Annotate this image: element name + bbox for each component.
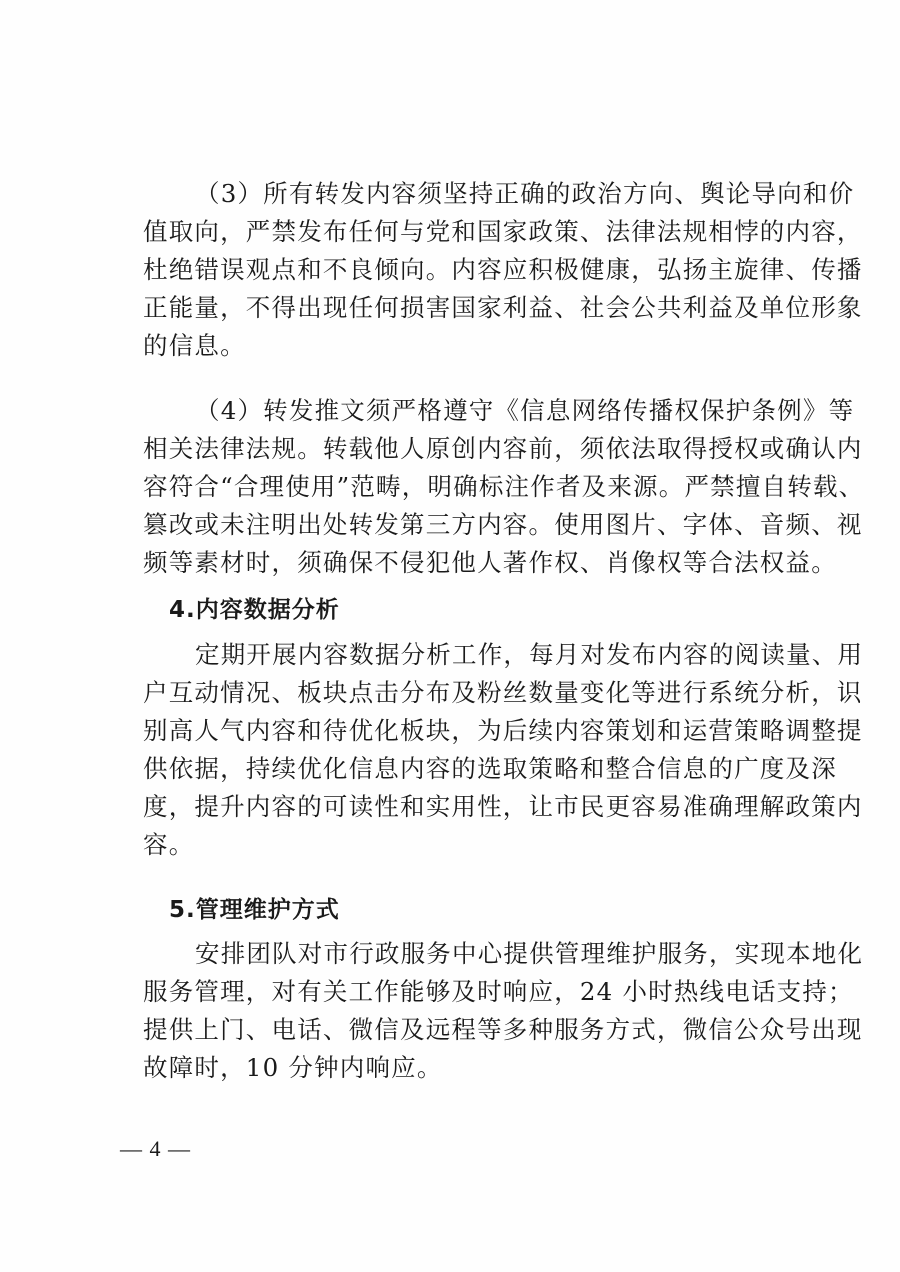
text-line: 频等素材时，须确保不侵犯他人著作权、肖像权等合法权益。 bbox=[143, 544, 803, 582]
text-line: 杜绝错误观点和不良倾向。内容应积极健康，弘扬主旋律、传播 bbox=[143, 251, 803, 289]
text-line: 值取向，严禁发布任何与党和国家政策、法律法规相悖的内容， bbox=[143, 213, 803, 251]
text-line: 别高人气内容和待优化板块，为后续内容策划和运营策略调整提 bbox=[143, 712, 803, 750]
document-page: （3）所有转发内容须坚持正确的政治方向、舆论导向和价 值取向，严禁发布任何与党和… bbox=[0, 0, 900, 1272]
text-line: 篡改或未注明出处转发第三方内容。使用图片、字体、音频、视 bbox=[143, 506, 803, 544]
text-line: 正能量，不得出现任何损害国家利益、社会公共利益及单位形象 bbox=[143, 289, 803, 327]
text-line: 相关法律法规。转载他人原创内容前，须依法取得授权或确认内 bbox=[143, 430, 803, 468]
text-line: （3）所有转发内容须坚持正确的政治方向、舆论导向和价 bbox=[195, 175, 803, 213]
text-line: （4）转发推文须严格遵守《信息网络传播权保护条例》等 bbox=[195, 392, 803, 430]
text-line: 供依据，持续优化信息内容的选取策略和整合信息的广度及深 bbox=[143, 750, 803, 788]
text-line: 安排团队对市行政服务中心提供管理维护服务，实现本地化 bbox=[195, 935, 803, 973]
text-line: 的信息。 bbox=[143, 327, 803, 365]
section-heading: 4.内容数据分析 bbox=[169, 591, 340, 629]
text-line: 定期开展内容数据分析工作，每月对发布内容的阅读量、用 bbox=[195, 636, 803, 674]
text-line: 户互动情况、板块点击分布及粉丝数量变化等进行系统分析，识 bbox=[143, 674, 803, 712]
text-line: 故障时，10 分钟内响应。 bbox=[143, 1049, 803, 1087]
text-line: 提供上门、电话、微信及远程等多种服务方式，微信公众号出现 bbox=[143, 1011, 803, 1049]
text-line: 服务管理，对有关工作能够及时响应，24 小时热线电话支持； bbox=[143, 973, 803, 1011]
text-line: 容。 bbox=[143, 826, 803, 864]
text-line: 容符合“合理使用”范畴，明确标注作者及来源。严禁擅自转载、 bbox=[143, 468, 803, 506]
section-heading: 5.管理维护方式 bbox=[169, 891, 340, 929]
text-line: 度，提升内容的可读性和实用性，让市民更容易准确理解政策内 bbox=[143, 788, 803, 826]
page-number: — 4 — bbox=[120, 1136, 191, 1162]
